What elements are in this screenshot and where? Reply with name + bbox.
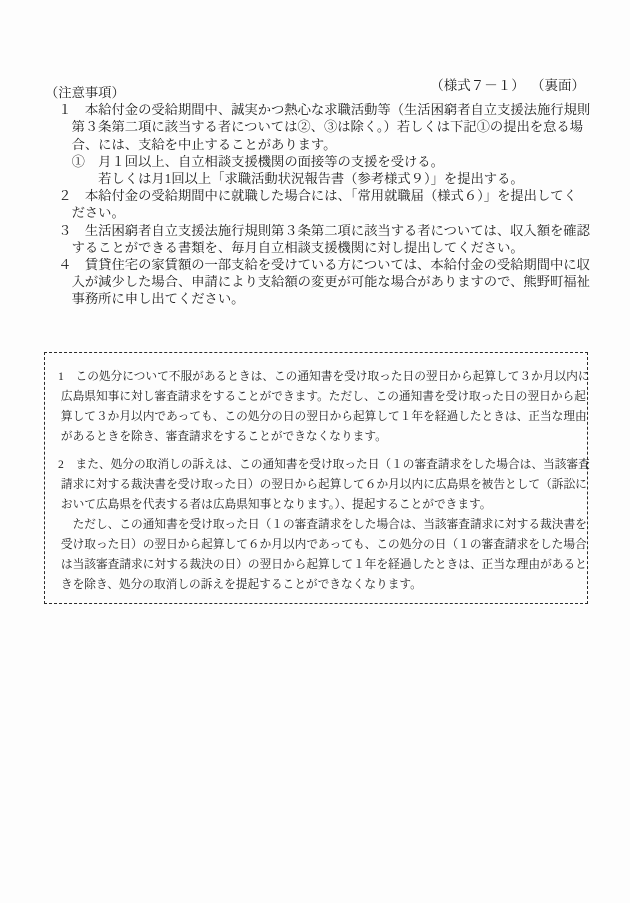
appeal-rights-box: 1 この処分について不服があるときは、この通知書を受け取った日の翌日から起算して… — [44, 352, 588, 604]
appeal-item-2: 2 また、処分の取消しの訴えは、この通知書を受け取った日（１の審査請求をした場合… — [58, 455, 577, 595]
document-page: （様式７－１）（裏面） （注意事項） １ 本給付金の受給期間中、誠実かつ熱心な求… — [0, 0, 630, 903]
notes-body: １ 本給付金の受給期間中、誠実かつ熱心な求職活動等（生活困窮者自立支援法施行規則… — [45, 101, 605, 307]
notes-title: （注意事項） — [45, 84, 605, 101]
appeal-item-1: 1 この処分について不服があるときは、この通知書を受け取った日の翌日から起算して… — [58, 367, 577, 447]
notes-section: （注意事項） １ 本給付金の受給期間中、誠実かつ熱心な求職活動等（生活困窮者自立… — [45, 84, 605, 308]
